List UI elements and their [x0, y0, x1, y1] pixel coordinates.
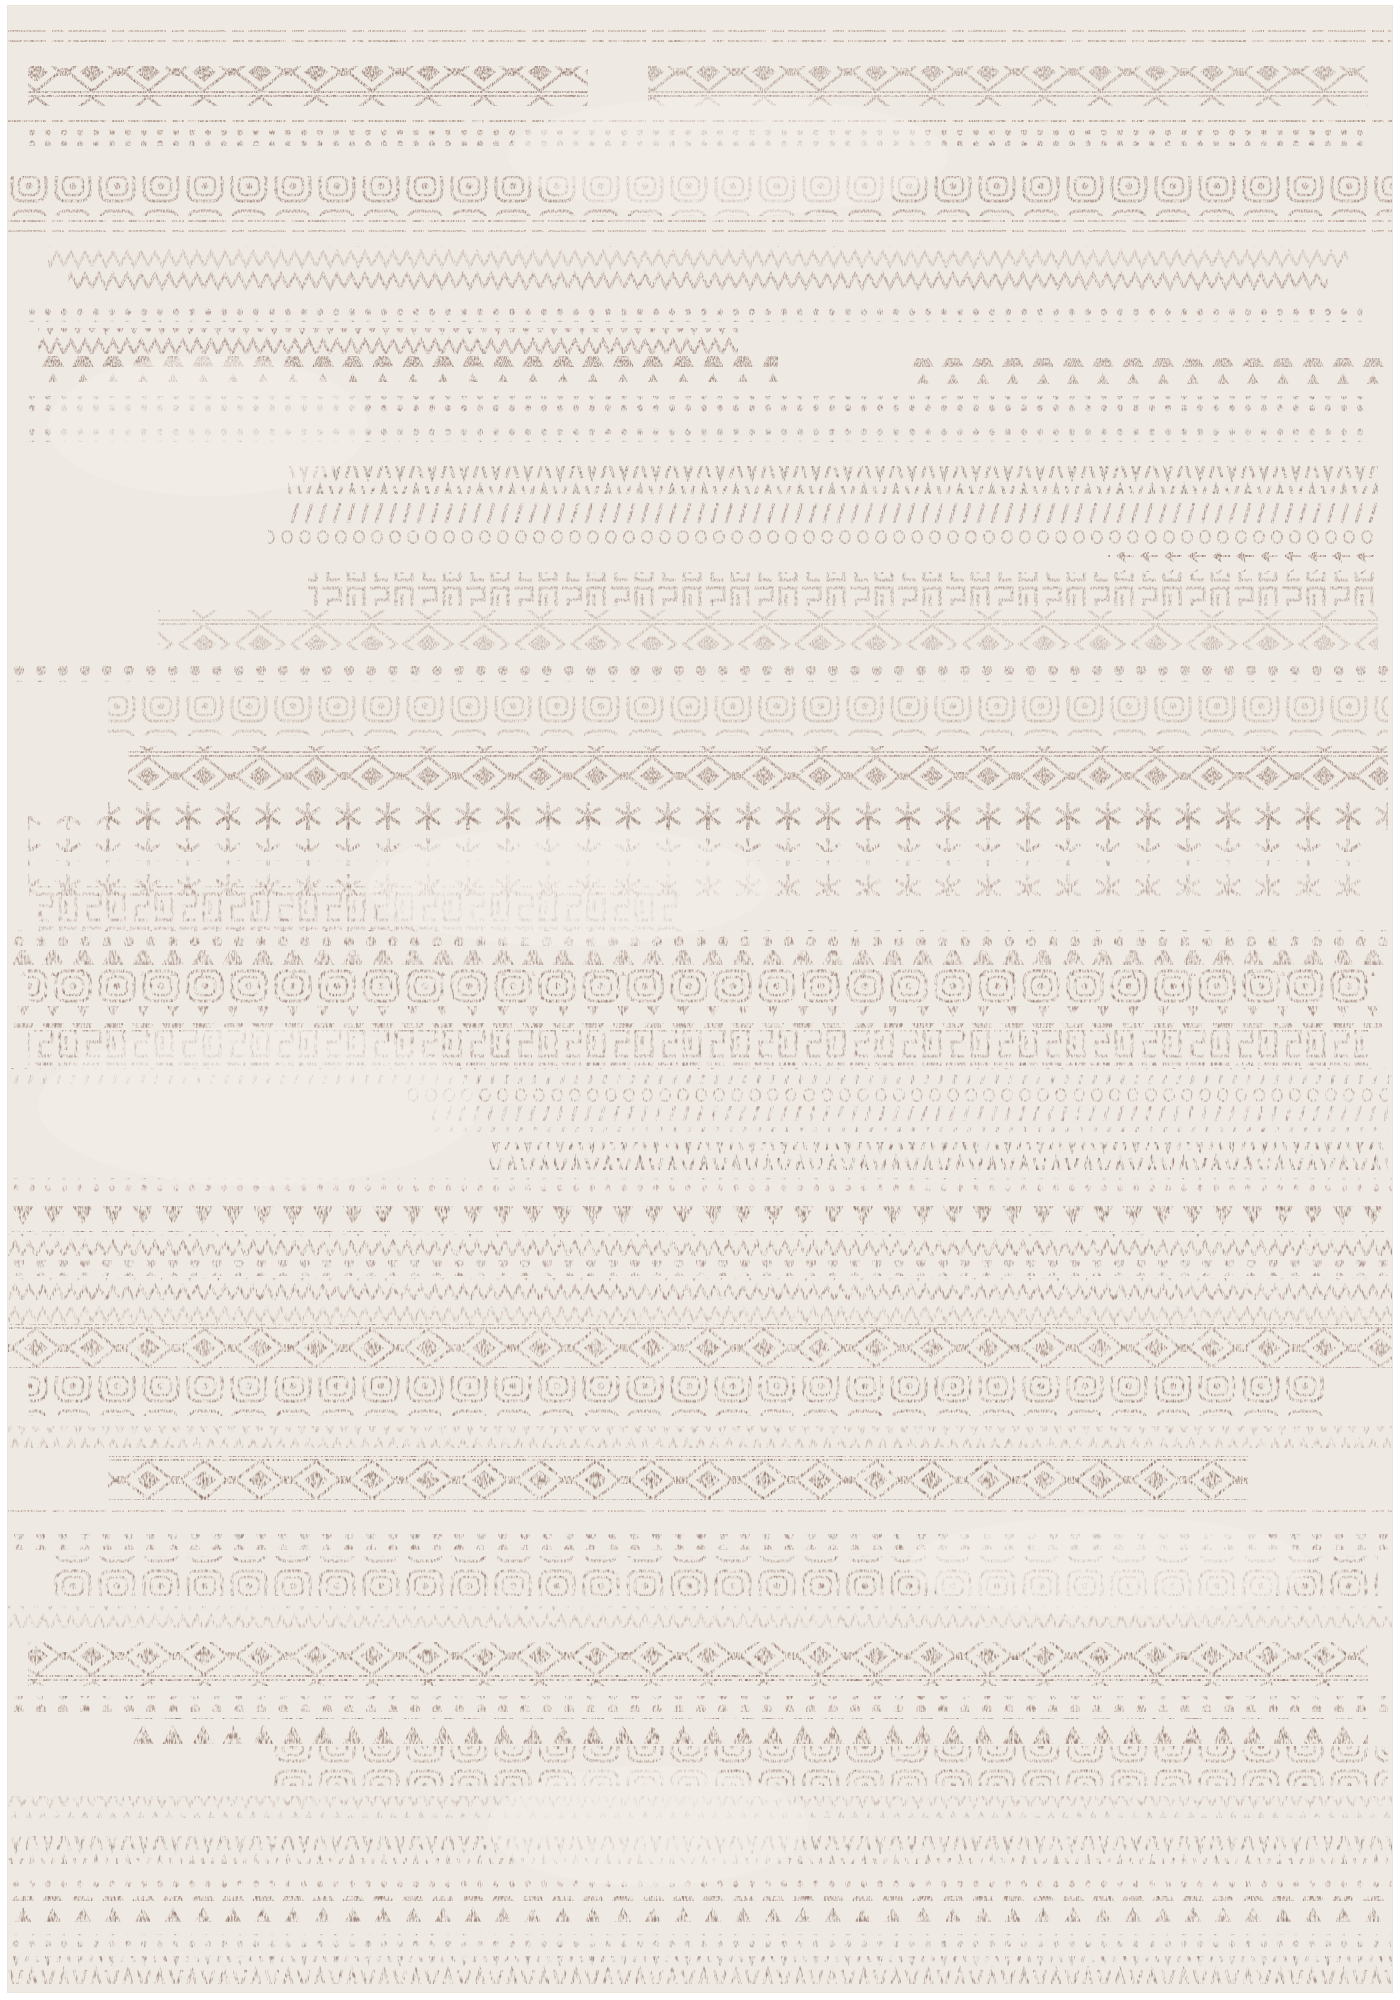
rug: [8, 6, 1392, 1992]
rug-pattern: [8, 6, 1392, 1992]
